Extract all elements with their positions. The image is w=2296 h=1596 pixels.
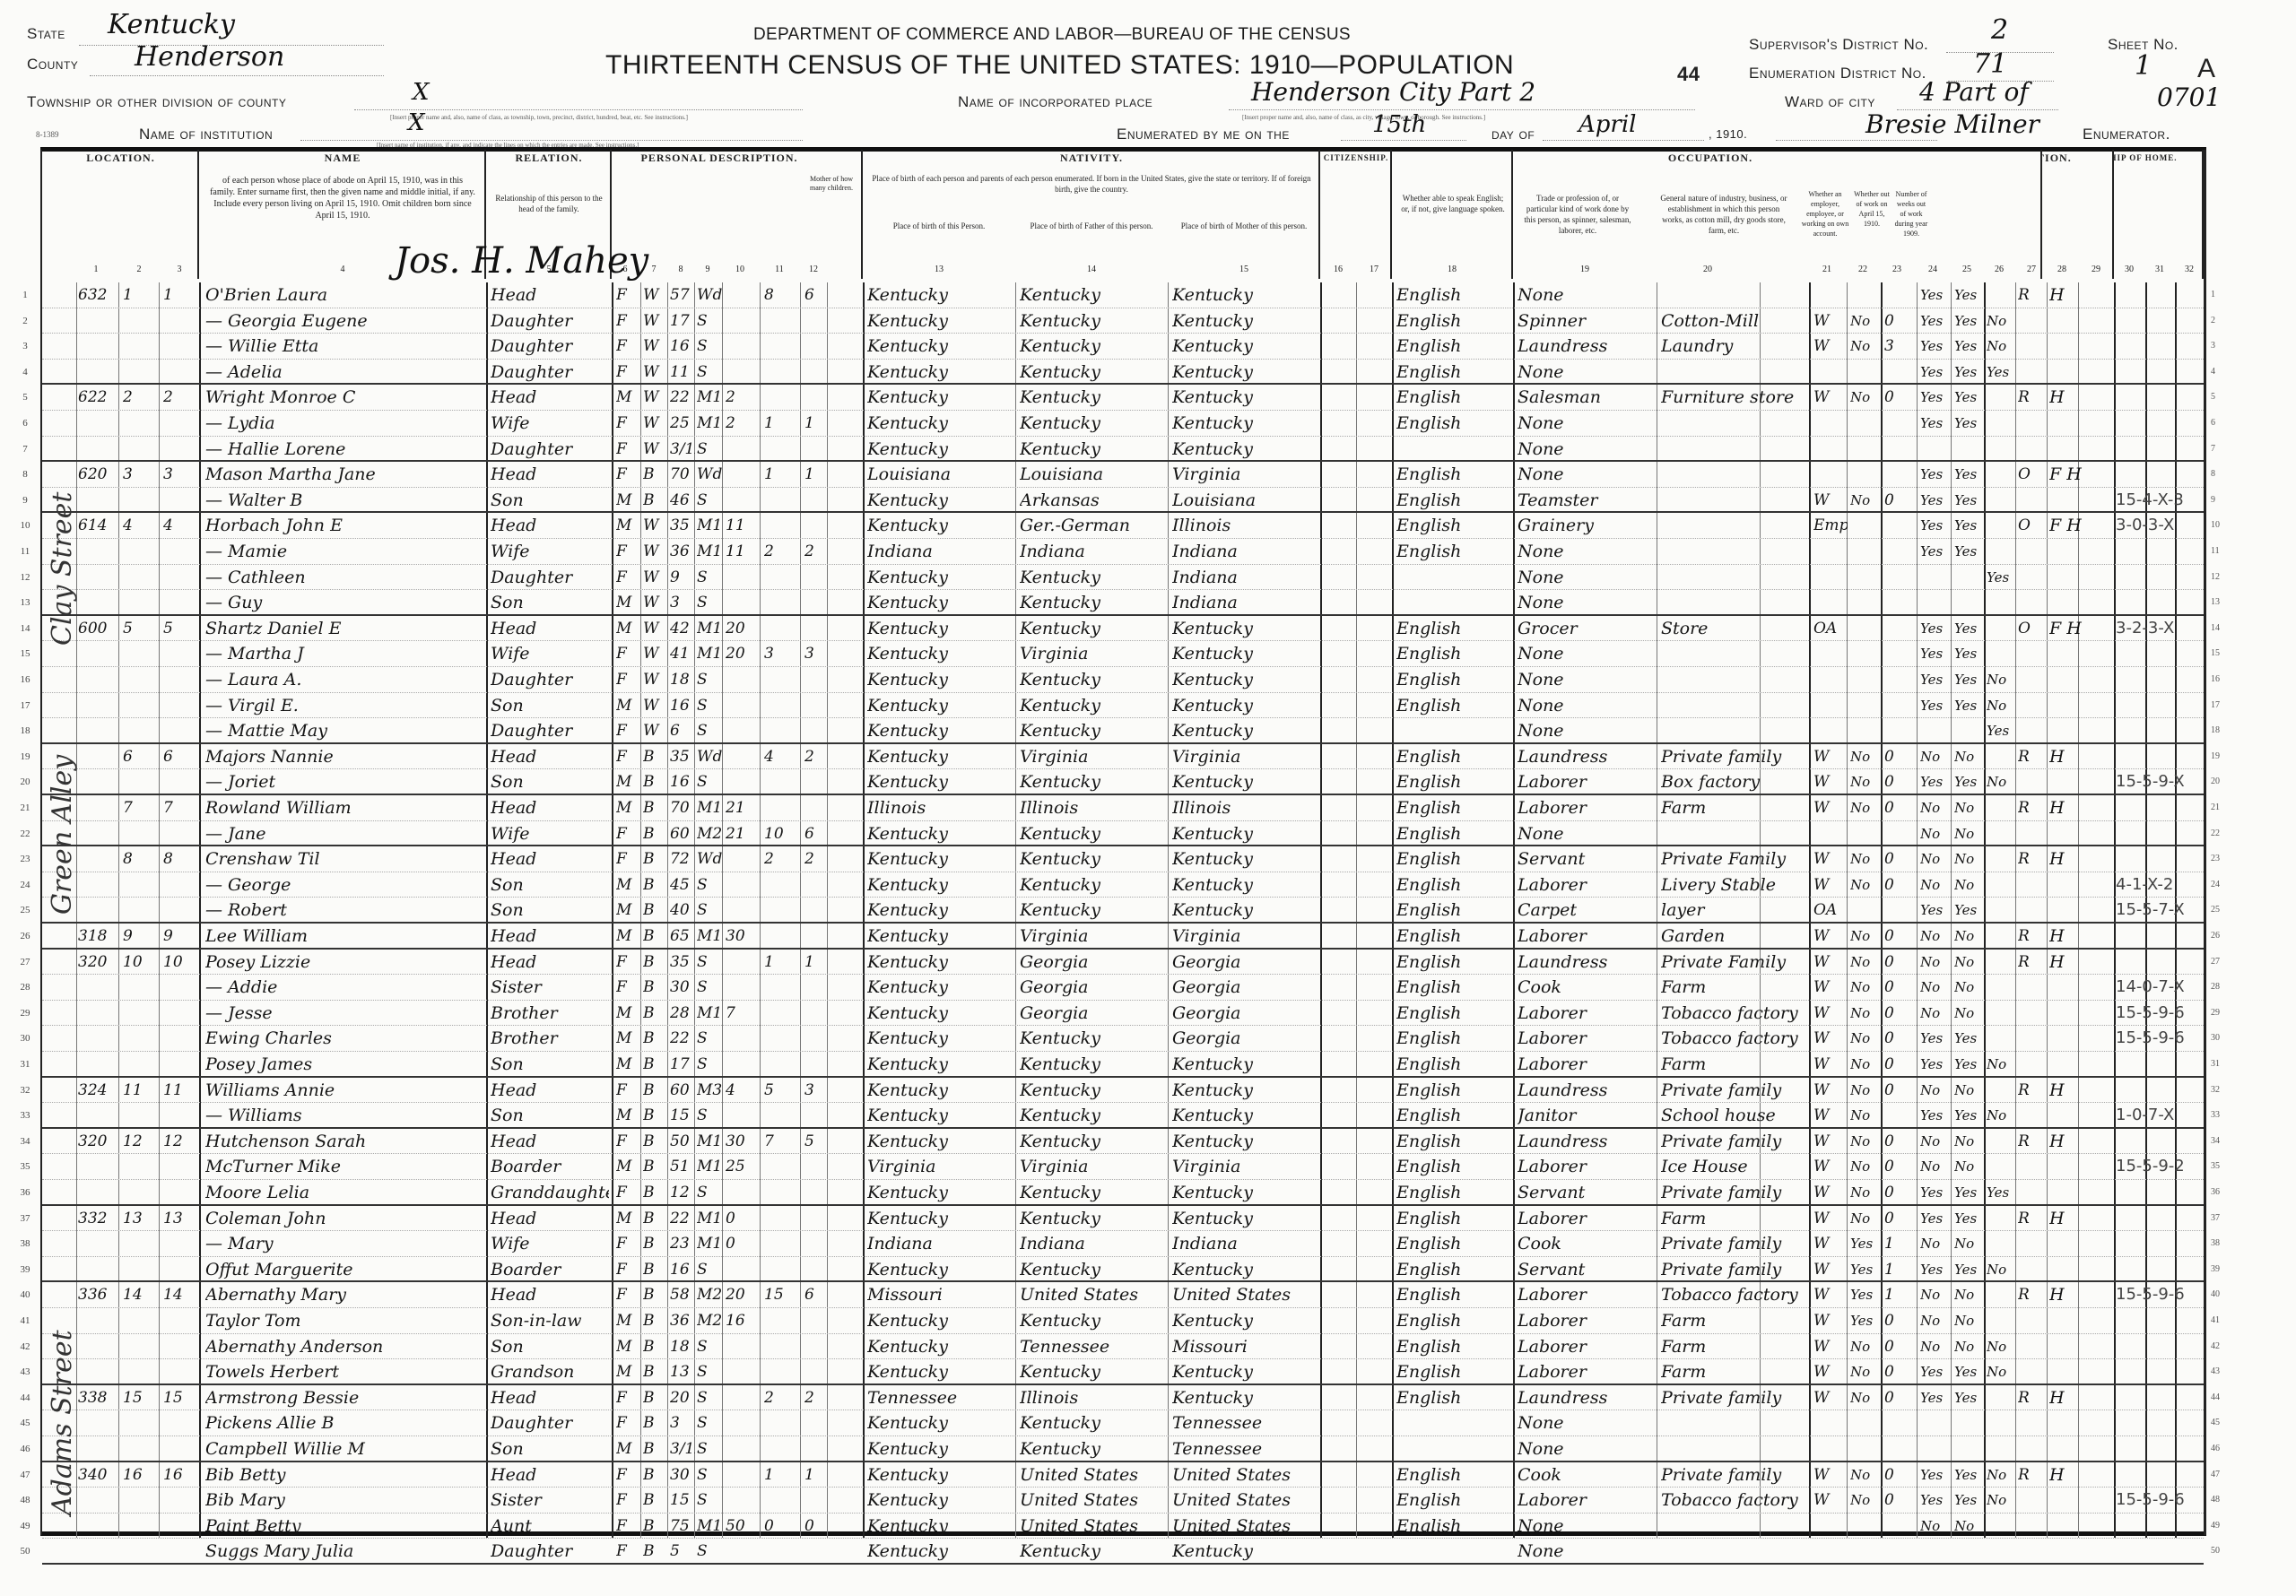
cell-out-of-work bbox=[1850, 667, 1881, 692]
table-row: 3— Willie EttaDaughterFW16SKentuckyKentu… bbox=[42, 334, 2204, 360]
cell-birthplace: Illinois bbox=[867, 795, 1015, 820]
cell-children-born bbox=[764, 437, 798, 462]
margin-line-number: 47 bbox=[2211, 1470, 2220, 1479]
cell-marital-status: M1 bbox=[697, 1129, 722, 1154]
cell-race: B bbox=[643, 1052, 666, 1077]
cell-years-married bbox=[726, 282, 758, 308]
cell-children-living bbox=[804, 1026, 826, 1051]
cell-house-number bbox=[78, 975, 118, 1000]
line-number: 40 bbox=[15, 1289, 35, 1300]
cell-can-write: Yes bbox=[1954, 282, 1985, 308]
cell-person-name: Pickens Allie B bbox=[205, 1410, 483, 1436]
line-number: 47 bbox=[15, 1470, 35, 1480]
cell-weeks-out: 0 bbox=[1884, 1488, 1915, 1513]
cell-can-write: No bbox=[1954, 872, 1985, 898]
cell-house-number: 632 bbox=[78, 282, 118, 308]
cell-relation: Sister bbox=[491, 975, 609, 1000]
cell-father-birthplace: Kentucky bbox=[1020, 334, 1168, 359]
cell-can-read bbox=[1920, 590, 1951, 615]
cell-mother-birthplace: Illinois bbox=[1172, 795, 1320, 820]
margin-line-number: 31 bbox=[2211, 1059, 2220, 1069]
cell-weeks-out: 0 bbox=[1884, 488, 1915, 513]
cell-years-married: 21 bbox=[726, 795, 758, 820]
cell-can-write: Yes bbox=[1954, 1462, 1985, 1488]
line-number: 5 bbox=[15, 392, 35, 403]
cell-farm-house: H bbox=[2049, 1282, 2112, 1307]
cell-family-number bbox=[163, 1308, 197, 1333]
cell-industry: Farm bbox=[1661, 1359, 1809, 1384]
cell-owned-rented: R bbox=[2018, 744, 2045, 769]
cell-weeks-out bbox=[1884, 616, 1915, 641]
table-row: 49Paint BettyAuntFB75M15000KentuckyUnite… bbox=[42, 1514, 2204, 1540]
cell-industry bbox=[1661, 565, 1809, 590]
cell-house-number bbox=[78, 1514, 118, 1539]
cell-weeks-out: 3 bbox=[1884, 334, 1915, 359]
table-row: 1966Majors NannieHeadFB35Wd42KentuckyVir… bbox=[42, 744, 2204, 770]
cell-can-write: Yes bbox=[1954, 334, 1985, 359]
cell-can-write: No bbox=[1954, 975, 1985, 1000]
cell-birthplace: Kentucky bbox=[867, 1026, 1015, 1051]
cell-employer-status bbox=[1813, 667, 1848, 692]
cell-years-married: 20 bbox=[726, 641, 758, 666]
cell-birthplace: Kentucky bbox=[867, 693, 1015, 718]
cell-birthplace: Virginia bbox=[867, 1154, 1015, 1179]
margin-line-number: 25 bbox=[2211, 905, 2220, 915]
cell-years-married bbox=[726, 462, 758, 487]
column-number: 18 bbox=[1443, 265, 1461, 274]
cell-can-read: No bbox=[1920, 872, 1951, 898]
cell-out-of-work bbox=[1850, 565, 1881, 590]
cell-years-married bbox=[726, 1257, 758, 1282]
cell-dwelling-number bbox=[123, 1334, 157, 1359]
cell-industry bbox=[1661, 1436, 1809, 1462]
line-number: 45 bbox=[15, 1418, 35, 1428]
cell-dwelling-number bbox=[123, 565, 157, 590]
cell-children-living: 2 bbox=[804, 1385, 826, 1410]
cell-sex: F bbox=[616, 1488, 639, 1513]
cell-industry bbox=[1661, 488, 1809, 513]
margin-line-number: 6 bbox=[2211, 418, 2215, 428]
cell-owned-rented bbox=[2018, 360, 2045, 385]
cell-owned-rented bbox=[2018, 590, 2045, 615]
cell-mother-birthplace: Kentucky bbox=[1172, 1539, 1320, 1564]
cell-employer-status bbox=[1813, 360, 1848, 385]
cell-owned-rented: R bbox=[2018, 795, 2045, 820]
cell-mother-birthplace: Kentucky bbox=[1172, 693, 1320, 718]
cell-person-name: Hutchenson Sarah bbox=[205, 1129, 483, 1154]
cell-relation: Boarder bbox=[491, 1257, 609, 1282]
cell-marital-status: S bbox=[697, 334, 722, 359]
cell-dwelling-number bbox=[123, 718, 157, 743]
cell-age: 15 bbox=[670, 1488, 695, 1513]
cell-weeks-out bbox=[1884, 821, 1915, 846]
cell-marital-status: S bbox=[697, 360, 722, 385]
cell-language: English bbox=[1396, 1026, 1511, 1051]
cell-person-name: Campbell Willie M bbox=[205, 1436, 483, 1462]
margin-line-number: 32 bbox=[2211, 1085, 2220, 1095]
cell-farm-house bbox=[2049, 718, 2112, 743]
margin-line-number: 35 bbox=[2211, 1161, 2220, 1171]
cell-can-write: Yes bbox=[1954, 308, 1985, 334]
cell-language: English bbox=[1396, 462, 1511, 487]
cell-marital-status: Wd bbox=[697, 744, 722, 769]
cell-children-living bbox=[804, 1488, 826, 1513]
margin-line-number: 21 bbox=[2211, 802, 2220, 812]
cell-can-write bbox=[1954, 1410, 1985, 1436]
cell-age: 15 bbox=[670, 1103, 695, 1128]
cell-can-read: Yes bbox=[1920, 641, 1951, 666]
cell-birthplace: Kentucky bbox=[867, 1359, 1015, 1384]
cell-father-birthplace: Kentucky bbox=[1020, 437, 1168, 462]
cell-out-of-work: No bbox=[1850, 1359, 1881, 1384]
cell-dwelling-number bbox=[123, 667, 157, 692]
sheet-value: 1 bbox=[2135, 50, 2152, 82]
column-number: 13 bbox=[930, 265, 948, 274]
cell-employer-status: W bbox=[1813, 1334, 1848, 1359]
cell-owned-rented: R bbox=[2018, 846, 2045, 872]
cell-sex: F bbox=[616, 1462, 639, 1488]
cell-weeks-out bbox=[1884, 1410, 1915, 1436]
table-row: 562222Wright Monroe CHeadMW22M12Kentucky… bbox=[42, 385, 2204, 411]
cell-can-write bbox=[1954, 1539, 1985, 1564]
cell-years-married bbox=[726, 437, 758, 462]
cell-weeks-out: 0 bbox=[1884, 950, 1915, 975]
cell-mother-birthplace: Kentucky bbox=[1172, 1385, 1320, 1410]
cell-weeks-out bbox=[1884, 1539, 1915, 1564]
cell-weeks-out: 1 bbox=[1884, 1282, 1915, 1307]
cell-farm-house: H bbox=[2049, 950, 2112, 975]
cell-children-born bbox=[764, 513, 798, 538]
cell-children-living bbox=[804, 898, 826, 923]
cell-industry: Private Family bbox=[1661, 950, 1809, 975]
cell-age: 16 bbox=[670, 1257, 695, 1282]
cell-father-birthplace: Kentucky bbox=[1020, 1052, 1168, 1077]
column-number: 30 bbox=[2120, 265, 2138, 274]
cell-industry: Cotton-Mill bbox=[1661, 308, 1809, 334]
cell-person-name: — Mattie May bbox=[205, 718, 483, 743]
cell-can-read: Yes bbox=[1920, 1103, 1951, 1128]
cell-industry: Farm bbox=[1661, 1334, 1809, 1359]
cell-mother-birthplace: United States bbox=[1172, 1514, 1320, 1539]
cell-age: 17 bbox=[670, 1052, 695, 1077]
cell-father-birthplace: Virginia bbox=[1020, 744, 1168, 769]
cell-relation: Son bbox=[491, 1334, 609, 1359]
cell-mother-birthplace: Kentucky bbox=[1172, 1052, 1320, 1077]
cell-race: W bbox=[643, 385, 666, 410]
cell-age: 75 bbox=[670, 1514, 695, 1539]
cell-person-name: — Walter B bbox=[205, 488, 483, 513]
cell-mother-birthplace: Georgia bbox=[1172, 975, 1320, 1000]
table-row: 29— JesseBrotherMB28M17KentuckyGeorgiaGe… bbox=[42, 1001, 2204, 1027]
cell-employer-status bbox=[1813, 437, 1848, 462]
cell-out-of-work bbox=[1850, 693, 1881, 718]
margin-line-number: 17 bbox=[2211, 700, 2220, 710]
cell-person-name: Bib Betty bbox=[205, 1462, 483, 1488]
cell-industry bbox=[1661, 513, 1809, 538]
cell-age: 9 bbox=[670, 565, 695, 590]
cell-house-number: 600 bbox=[78, 616, 118, 641]
cell-sex: M bbox=[616, 769, 639, 794]
sheet-side: A bbox=[2197, 54, 2216, 84]
line-number: 16 bbox=[15, 674, 35, 685]
cell-trade: Servant bbox=[1518, 1180, 1657, 1205]
cell-can-write bbox=[1954, 590, 1985, 615]
cell-children-born bbox=[764, 898, 798, 923]
cell-attended-school: No bbox=[1987, 1103, 2017, 1128]
cell-weeks-out bbox=[1884, 1103, 1915, 1128]
cell-sex: F bbox=[616, 718, 639, 743]
cell-language: English bbox=[1396, 1308, 1511, 1333]
table-row: 15— Martha JWifeFW41M12033KentuckyVirgin… bbox=[42, 641, 2204, 667]
cell-race: B bbox=[643, 1180, 666, 1205]
cell-can-read: No bbox=[1920, 795, 1951, 820]
cell-mother-birthplace: Kentucky bbox=[1172, 385, 1320, 410]
cell-can-write: No bbox=[1954, 821, 1985, 846]
cell-sex: M bbox=[616, 1154, 639, 1179]
table-row: 30Ewing CharlesBrotherMB22SKentuckyKentu… bbox=[42, 1026, 2204, 1052]
cell-children-living bbox=[804, 1103, 826, 1128]
cell-can-write: Yes bbox=[1954, 641, 1985, 666]
cell-marital-status: S bbox=[697, 872, 722, 898]
cell-can-read: Yes bbox=[1920, 308, 1951, 334]
column-number: 31 bbox=[2151, 265, 2169, 274]
cell-years-married: 50 bbox=[726, 1514, 758, 1539]
cell-mother-birthplace: Virginia bbox=[1172, 462, 1320, 487]
cell-language: English bbox=[1396, 898, 1511, 923]
cell-family-number bbox=[163, 898, 197, 923]
cell-age: 20 bbox=[670, 1385, 695, 1410]
cell-birthplace: Kentucky bbox=[867, 1334, 1015, 1359]
cell-sex: F bbox=[616, 1257, 639, 1282]
cell-children-born: 10 bbox=[764, 821, 798, 846]
cell-years-married bbox=[726, 360, 758, 385]
cell-mother-birthplace: Kentucky bbox=[1172, 437, 1320, 462]
cell-mother-birthplace: Missouri bbox=[1172, 1334, 1320, 1359]
cell-dwelling-number bbox=[123, 769, 157, 794]
state-value: Kentucky bbox=[108, 9, 235, 40]
cell-employer-status: W bbox=[1813, 1052, 1848, 1077]
cell-house-number bbox=[78, 411, 118, 436]
cell-employer-status: W bbox=[1813, 1129, 1848, 1154]
line-number: 6 bbox=[15, 418, 35, 429]
cell-mother-birthplace: Tennessee bbox=[1172, 1436, 1320, 1462]
cell-farm-house bbox=[2049, 1052, 2112, 1077]
cell-weeks-out: 0 bbox=[1884, 975, 1915, 1000]
margin-line-number: 7 bbox=[2211, 444, 2215, 454]
column-number: 29 bbox=[2087, 265, 2105, 274]
cell-years-married: 20 bbox=[726, 616, 758, 641]
cell-marital-status: S bbox=[697, 1103, 722, 1128]
cell-marital-status: S bbox=[697, 1180, 722, 1205]
cell-owned-rented bbox=[2018, 1308, 2045, 1333]
cell-children-born bbox=[764, 1026, 798, 1051]
cell-years-married bbox=[726, 1334, 758, 1359]
cell-father-birthplace: Kentucky bbox=[1020, 282, 1168, 308]
stamp-number: 0701 bbox=[2157, 82, 2221, 112]
cell-out-of-work: No bbox=[1850, 846, 1881, 872]
cell-mother-birthplace: Kentucky bbox=[1172, 616, 1320, 641]
cell-trade: Laborer bbox=[1518, 1001, 1657, 1026]
col-citizenship: CITIZENSHIP. bbox=[1320, 150, 1392, 279]
table-row: 33— WilliamsSonMB15SKentuckyKentuckyKent… bbox=[42, 1103, 2204, 1129]
cell-language bbox=[1396, 437, 1511, 462]
cell-trade: Laborer bbox=[1518, 872, 1657, 898]
registrar-signature: Jos. H. Mahey bbox=[395, 240, 648, 282]
cell-family-number bbox=[163, 975, 197, 1000]
cell-can-read: Yes bbox=[1920, 1206, 1951, 1231]
line-number: 32 bbox=[15, 1085, 35, 1096]
cell-industry bbox=[1661, 590, 1809, 615]
cell-trade: None bbox=[1518, 693, 1657, 718]
cell-attended-school bbox=[1987, 437, 2017, 462]
cell-age: 16 bbox=[670, 769, 695, 794]
cell-owned-rented bbox=[2018, 1334, 2045, 1359]
cell-children-living: 1 bbox=[804, 411, 826, 436]
cell-children-living bbox=[804, 693, 826, 718]
cell-sex: F bbox=[616, 641, 639, 666]
cell-employer-status: W bbox=[1813, 1078, 1848, 1103]
cell-trade: None bbox=[1518, 641, 1657, 666]
cell-relation: Son bbox=[491, 898, 609, 923]
cell-industry: Farm bbox=[1661, 975, 1809, 1000]
cell-weeks-out: 1 bbox=[1884, 1257, 1915, 1282]
cell-can-write: No bbox=[1954, 950, 1985, 975]
table-row: 2177Rowland WilliamHeadMB70M121IllinoisI… bbox=[42, 795, 2204, 821]
cell-marital-status: M1 bbox=[697, 641, 722, 666]
cell-weeks-out: 0 bbox=[1884, 1026, 1915, 1051]
cell-language: English bbox=[1396, 667, 1511, 692]
cell-relation: Head bbox=[491, 1462, 609, 1488]
cell-marital-status: M1 bbox=[697, 1154, 722, 1179]
column-number: 12 bbox=[804, 265, 822, 274]
cell-language: English bbox=[1396, 1078, 1511, 1103]
cell-race: W bbox=[643, 334, 666, 359]
cell-father-birthplace: Georgia bbox=[1020, 950, 1168, 975]
margin-line-number: 9 bbox=[2211, 495, 2215, 505]
cell-children-born bbox=[764, 616, 798, 641]
cell-can-read bbox=[1920, 1539, 1951, 1564]
cell-weeks-out: 0 bbox=[1884, 795, 1915, 820]
line-number: 27 bbox=[15, 957, 35, 967]
cell-attended-school bbox=[1987, 872, 2017, 898]
cell-person-name: — Robert bbox=[205, 898, 483, 923]
cell-owned-rented: R bbox=[2018, 385, 2045, 410]
column-number: 22 bbox=[1854, 265, 1872, 274]
cell-children-living: 6 bbox=[804, 821, 826, 846]
cell-industry bbox=[1661, 539, 1809, 564]
cell-marital-status: M1 bbox=[697, 385, 722, 410]
cell-marital-status: M1 bbox=[697, 1231, 722, 1256]
cell-house-number bbox=[78, 360, 118, 385]
census-table: LOCATION. NAME of each person whose plac… bbox=[40, 150, 2206, 1535]
cell-children-born: 1 bbox=[764, 462, 798, 487]
cell-can-write bbox=[1954, 1436, 1985, 1462]
cell-language: English bbox=[1396, 1129, 1511, 1154]
cell-person-name: — Laura A. bbox=[205, 667, 483, 692]
cell-race: W bbox=[643, 437, 666, 462]
cell-birthplace: Kentucky bbox=[867, 1539, 1015, 1564]
cell-father-birthplace: Kentucky bbox=[1020, 1410, 1168, 1436]
cell-children-living bbox=[804, 1154, 826, 1179]
cell-children-living bbox=[804, 1206, 826, 1231]
cell-race: W bbox=[643, 641, 666, 666]
cell-relation: Granddaughter bbox=[491, 1180, 609, 1205]
table-row: 36Moore LeliaGranddaughterFB12SKentuckyK… bbox=[42, 1180, 2204, 1206]
cell-sex: F bbox=[616, 1539, 639, 1564]
cell-trade: None bbox=[1518, 1436, 1657, 1462]
cell-attended-school bbox=[1987, 539, 2017, 564]
cell-industry bbox=[1661, 437, 1809, 462]
cell-language: English bbox=[1396, 513, 1511, 538]
cell-can-write: Yes bbox=[1954, 488, 1985, 513]
cell-sex: F bbox=[616, 437, 639, 462]
cell-house-number bbox=[78, 898, 118, 923]
cell-house-number bbox=[78, 1488, 118, 1513]
cell-birthplace: Kentucky bbox=[867, 616, 1015, 641]
cell-dwelling-number bbox=[123, 308, 157, 334]
cell-marital-status: M2 bbox=[697, 821, 722, 846]
cell-mother-birthplace: United States bbox=[1172, 1462, 1320, 1488]
cell-relation: Head bbox=[491, 1206, 609, 1231]
cell-birthplace: Kentucky bbox=[867, 667, 1015, 692]
cell-farm-house bbox=[2049, 898, 2112, 923]
cell-trade: Laundress bbox=[1518, 1129, 1657, 1154]
cell-person-name: Ewing Charles bbox=[205, 1026, 483, 1051]
cell-children-born: 4 bbox=[764, 744, 798, 769]
margin-line-number: 23 bbox=[2211, 854, 2220, 863]
cell-dwelling-number: 15 bbox=[123, 1385, 157, 1410]
cell-industry: Ice House bbox=[1661, 1154, 1809, 1179]
cell-family-number bbox=[163, 718, 197, 743]
cell-industry: Farm bbox=[1661, 1206, 1809, 1231]
cell-trade: Laborer bbox=[1518, 1206, 1657, 1231]
cell-attended-school bbox=[1987, 821, 2017, 846]
cell-employer-status: W bbox=[1813, 385, 1848, 410]
cell-relation: Daughter bbox=[491, 1410, 609, 1436]
cell-employer-status: W bbox=[1813, 1001, 1848, 1026]
cell-trade: Laborer bbox=[1518, 1488, 1657, 1513]
table-row: 473401616Bib BettyHeadFB30S11KentuckyUni… bbox=[42, 1462, 2204, 1488]
cell-sex: F bbox=[616, 1514, 639, 1539]
cell-relation: Head bbox=[491, 950, 609, 975]
cell-house-number bbox=[78, 1539, 118, 1564]
cell-industry: Tobacco factory bbox=[1661, 1026, 1809, 1051]
table-row: 50Suggs Mary JuliaDaughterFB5SKentuckyKe… bbox=[42, 1539, 2204, 1565]
cell-out-of-work: No bbox=[1850, 744, 1881, 769]
cell-out-of-work: Yes bbox=[1850, 1308, 1881, 1333]
cell-years-married bbox=[726, 1052, 758, 1077]
table-row: 403361414Abernathy MaryHeadFB58M220156Mi… bbox=[42, 1282, 2204, 1308]
margin-line-number: 19 bbox=[2211, 751, 2220, 761]
cell-out-of-work bbox=[1850, 462, 1881, 487]
table-row: 373321313Coleman JohnHeadMB22M10Kentucky… bbox=[42, 1206, 2204, 1232]
cell-employer-status bbox=[1813, 282, 1848, 308]
cell-children-born bbox=[764, 1206, 798, 1231]
cell-can-read: Yes bbox=[1920, 282, 1951, 308]
cell-family-number bbox=[163, 590, 197, 615]
enumeration-value: 71 bbox=[1973, 48, 2007, 80]
cell-dwelling-number bbox=[123, 1103, 157, 1128]
cell-marital-status: M1 bbox=[697, 1001, 722, 1026]
cell-children-living bbox=[804, 718, 826, 743]
cell-can-read: Yes bbox=[1920, 513, 1951, 538]
cell-father-birthplace: Georgia bbox=[1020, 975, 1168, 1000]
cell-race: B bbox=[643, 1154, 666, 1179]
cell-attended-school bbox=[1987, 1231, 2017, 1256]
cell-birthplace: Missouri bbox=[867, 1282, 1015, 1307]
cell-employer-status: W bbox=[1813, 1385, 1848, 1410]
cell-sex: M bbox=[616, 898, 639, 923]
